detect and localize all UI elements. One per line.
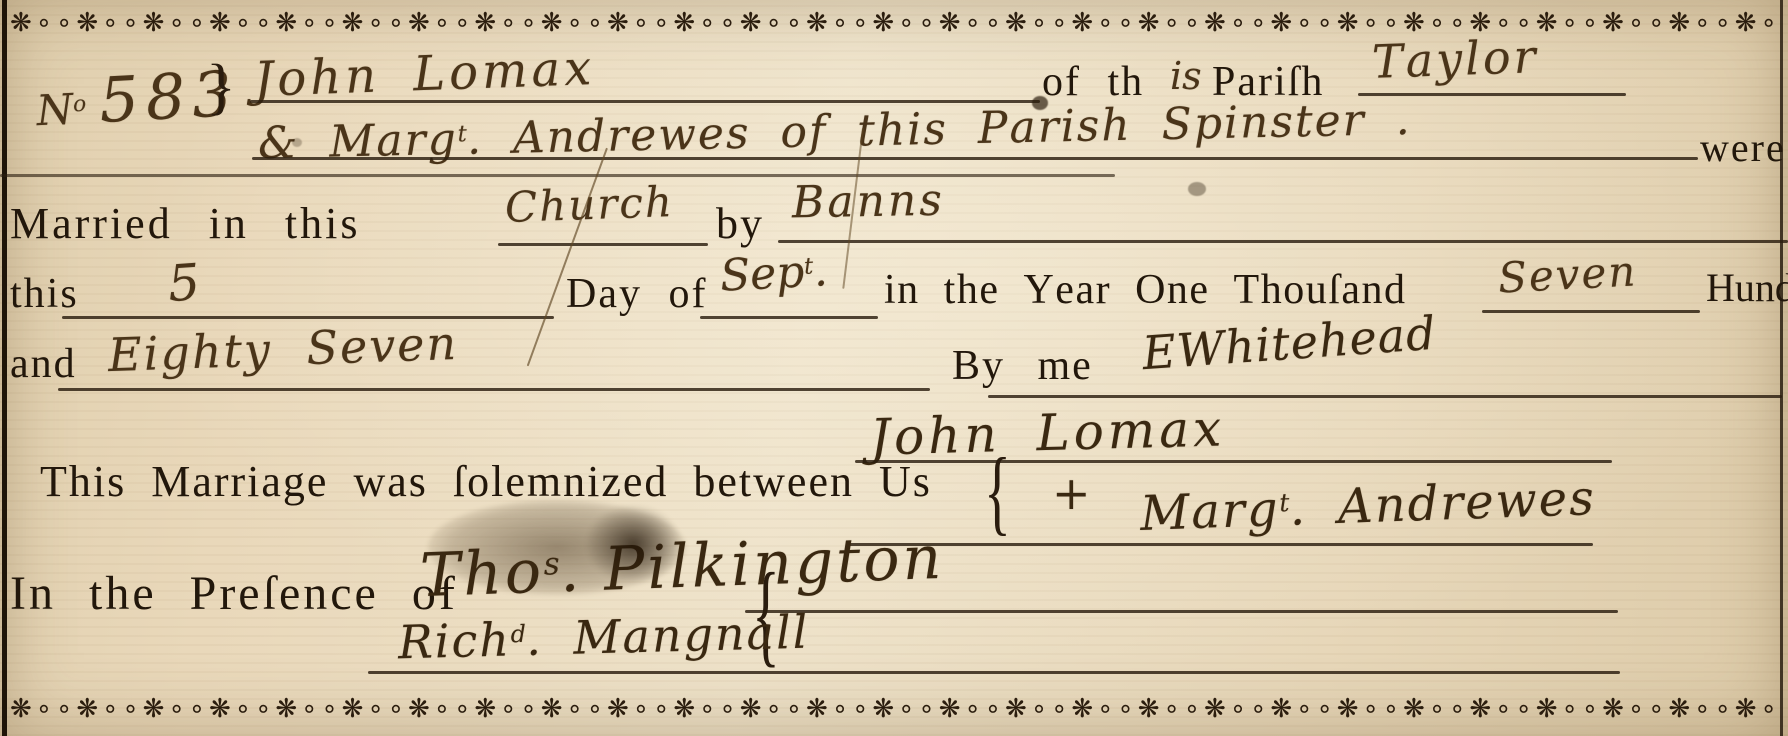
month-script: Sept. [719,245,829,302]
printed-presence-phrase: In the Preſence of [10,566,458,621]
ink-blot-core [586,505,681,583]
witness2-signature-script: Richd. Mangnall [397,605,810,670]
day-script: 5 [166,253,202,313]
year-words-script: Eighty Seven [107,316,459,382]
printed-hundred: Hundred [1706,264,1788,311]
groom-occupation-script: Taylor [1371,29,1539,89]
rule-groom-signature [855,460,1612,463]
rule-witness1 [745,610,1618,613]
bride-signature-text-post: . Andrewes [1289,470,1597,537]
rule-year-words [58,388,930,391]
bride-signature-text: Marg [1139,481,1280,542]
rule-witness2 [368,671,1620,674]
officiant-signature-script: EWhitehead [1140,306,1438,380]
entry-number-n: N [35,84,74,135]
rule-bride-line [252,157,1698,160]
month-text-post: . [812,245,829,297]
rule-bride-signature [848,543,1593,546]
frame-line-left [2,0,7,736]
rule-row2-left [0,174,1115,177]
bride-signature-script: Margt. Andrewes [1139,470,1596,542]
witness2-signature-sup: d [510,620,526,648]
printed-of-this: of th [1042,58,1144,106]
printed-were: were [1700,124,1786,171]
bride-line-sup: t [457,121,467,147]
witness2-signature-text-post: . Mangnall [525,605,810,666]
rule-groom-name [250,100,1040,103]
rule-officiant [988,395,1782,398]
printed-by-me: By me [952,342,1093,390]
married-place-script: Church [504,177,674,232]
month-text: Sep [719,246,806,301]
printed-and: and [10,340,77,388]
printed-this: this [10,270,79,318]
bride-line-text-post: . Andrewes of this Parish Spinster . [466,94,1412,165]
ornamental-border-bottom: ❋∘∘❋∘∘❋∘∘❋∘∘❋∘∘❋∘∘❋∘∘❋∘∘❋∘∘❋∘∘❋∘∘❋∘∘❋∘∘❋… [10,694,1782,725]
printed-solemnized-phrase: This Marriage was ſolemnized between Us [40,456,932,507]
rule-day [62,316,554,319]
bride-line-text: & Marg [258,114,459,169]
parish-fill-script: is [1170,54,1202,98]
entry-brace: } [206,52,236,123]
ink-spot-1 [1032,96,1048,110]
printed-by: by [716,198,764,249]
printed-married-in-this: Married in this [10,198,361,249]
year-hundreds-script: Seven [1497,246,1639,302]
witness2-signature-text: Rich [397,612,511,669]
ink-spot-2 [1188,182,1206,196]
entry-number-sup: o [72,92,86,118]
printed-day-of: Day of [566,270,707,318]
frame-line-right [1780,0,1783,736]
married-by-script: Banns [792,175,946,229]
rule-married-by [778,240,1788,243]
rule-year-hundreds [1482,310,1700,313]
marriage-register-page: ❋∘∘❋∘∘❋∘∘❋∘∘❋∘∘❋∘∘❋∘∘❋∘∘❋∘∘❋∘∘❋∘∘❋∘∘❋∘∘❋… [0,0,1788,736]
rule-month [700,316,878,319]
bride-mark-script: + [1052,466,1091,520]
printed-year-phrase: in the Year One Thouſand [884,266,1407,314]
couple-brace: { [984,438,1011,547]
ink-spot-3 [292,138,302,147]
groom-name-script: John Lomax [253,40,596,108]
rule-married-place [498,243,708,246]
